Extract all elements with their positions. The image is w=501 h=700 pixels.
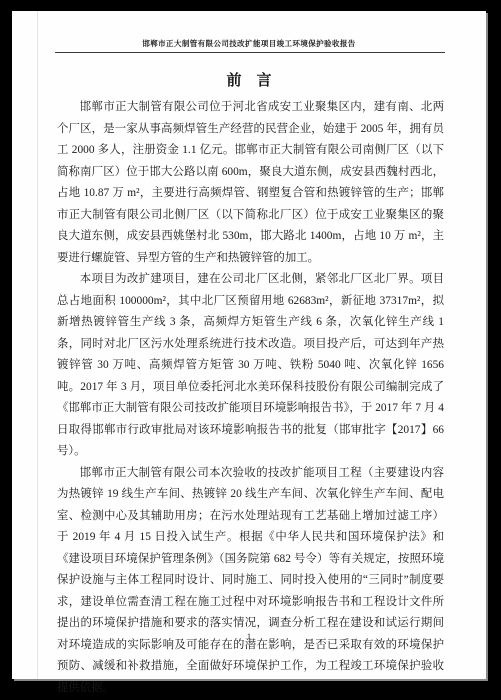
scan-frame: 邯郸市正大制管有限公司技改扩能项目竣工环境保护验收报告 前 言 邯郸市正大制管有… (0, 0, 501, 700)
page-number: 1 (12, 631, 486, 641)
paragraph-company-intro: 邯郸市正大制管有限公司位于河北省成安工业聚集区内，建有南、北两个厂区，是一家从事… (57, 97, 444, 269)
paragraph-acceptance-basis: 邯郸市正大制管有限公司本次验收的技改扩能项目工程（主要建设内容为热镀锌 19 线… (57, 463, 444, 700)
document-page: 邯郸市正大制管有限公司技改扩能项目竣工环境保护验收报告 前 言 邯郸市正大制管有… (12, 11, 486, 679)
scan-fold-line (37, 11, 38, 679)
page-title: 前 言 (12, 69, 486, 90)
document-body: 邯郸市正大制管有限公司位于河北省成安工业聚集区内，建有南、北两个厂区，是一家从事… (57, 97, 444, 699)
running-header: 邯郸市正大制管有限公司技改扩能项目竣工环境保护验收报告 (12, 38, 486, 49)
paragraph-project-overview: 本项目为改扩建项目，建在公司北厂区北侧，紧邻北厂区北厂界。项目总占地面积 100… (57, 269, 444, 463)
header-rule (55, 52, 445, 53)
